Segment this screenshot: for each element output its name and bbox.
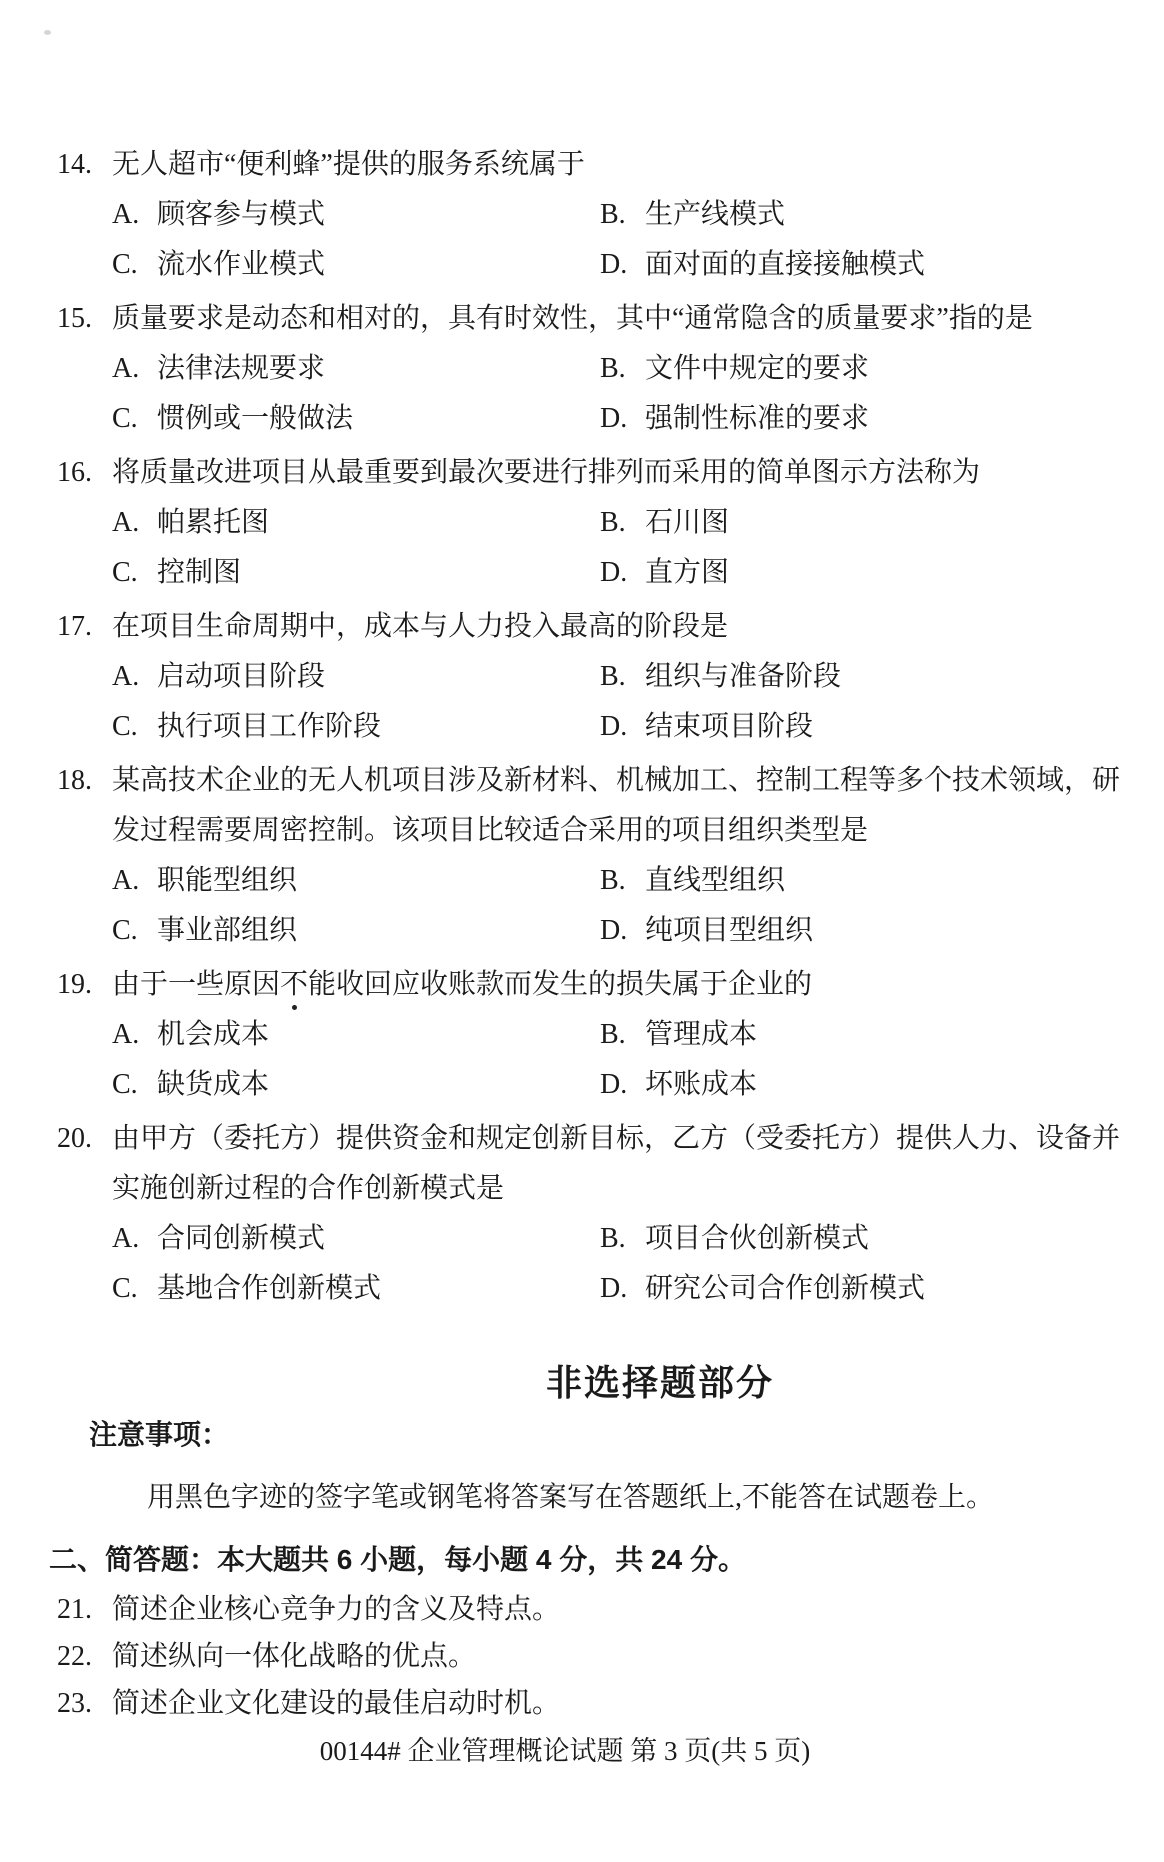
question-line: 15. 质量要求是动态和相对的，具有时效性，其中“通常隐含的质量要求”指的是 bbox=[0, 294, 1164, 344]
question-16: 16. 将质量改进项目从最重要到最次要进行排列而采用的简单图示方法称为 A.帕累… bbox=[0, 448, 1164, 598]
option-label: B. bbox=[600, 498, 645, 548]
option-label: A. bbox=[112, 856, 157, 906]
options-grid: A.启动项目阶段 B.组织与准备阶段 C.执行项目工作阶段 D.结束项目阶段 bbox=[112, 652, 1164, 752]
option-label: C. bbox=[112, 1264, 157, 1314]
options-grid: A.机会成本 B.管理成本 C.缺货成本 D.坏账成本 bbox=[112, 1010, 1164, 1110]
options-grid: A.帕累托图 B.石川图 C.控制图 D.直方图 bbox=[112, 498, 1164, 598]
option-label: A. bbox=[112, 190, 157, 240]
option-text: 研究公司合作创新模式 bbox=[645, 1264, 925, 1314]
option-b: B.石川图 bbox=[600, 498, 1164, 548]
option-d: D.纯项目型组织 bbox=[600, 906, 1164, 956]
option-text: 生产线模式 bbox=[645, 190, 785, 240]
option-text: 启动项目阶段 bbox=[157, 652, 325, 702]
option-d: D.结束项目阶段 bbox=[600, 702, 1164, 752]
question-line: 19. 由于一些原因不能收回应收账款而发生的损失属于企业的 bbox=[0, 960, 1164, 1010]
question-text: 由于一些原因不能收回应收账款而发生的损失属于企业的 bbox=[112, 960, 1164, 1010]
question-line-continuation: 发过程需要周密控制。该项目比较适合采用的项目组织类型是 bbox=[0, 806, 1164, 856]
exam-page-content: 14. 无人超市“便利蜂”提供的服务系统属于 A.顾客参与模式 B.生产线模式 … bbox=[0, 0, 1164, 1775]
option-label: D. bbox=[600, 1060, 645, 1110]
option-label: D. bbox=[600, 548, 645, 598]
question-number: 14. bbox=[57, 140, 112, 190]
option-a: A.顾客参与模式 bbox=[112, 190, 600, 240]
notice-label: 注意事项： bbox=[0, 1412, 1164, 1460]
option-label: B. bbox=[600, 856, 645, 906]
option-text: 面对面的直接接触模式 bbox=[645, 240, 925, 290]
option-text: 文件中规定的要求 bbox=[645, 344, 869, 394]
option-a: A.合同创新模式 bbox=[112, 1214, 600, 1264]
question-text: 简述企业文化建设的最佳启动时机。 bbox=[112, 1680, 560, 1727]
option-label: C. bbox=[112, 906, 157, 956]
option-b: B.管理成本 bbox=[600, 1010, 1164, 1060]
question-line: 16. 将质量改进项目从最重要到最次要进行排列而采用的简单图示方法称为 bbox=[0, 448, 1164, 498]
question-text: 将质量改进项目从最重要到最次要进行排列而采用的简单图示方法称为 bbox=[112, 448, 1164, 498]
question-number: 16. bbox=[57, 448, 112, 498]
option-label: C. bbox=[112, 702, 157, 752]
question-text: 某高技术企业的无人机项目涉及新材料、机械加工、控制工程等多个技术领域，研 bbox=[112, 756, 1164, 806]
option-c: C.缺货成本 bbox=[112, 1060, 600, 1110]
emphasis-dot bbox=[292, 1005, 297, 1010]
option-label: C. bbox=[112, 548, 157, 598]
question-19: 19. 由于一些原因不能收回应收账款而发生的损失属于企业的 A.机会成本 B.管… bbox=[0, 960, 1164, 1110]
option-text: 管理成本 bbox=[645, 1010, 757, 1060]
page-footer: 00144# 企业管理概论试题 第 3 页(共 5 页) bbox=[0, 1727, 1147, 1775]
option-label: A. bbox=[112, 1214, 157, 1264]
option-text: 机会成本 bbox=[157, 1010, 269, 1060]
short-answer-item-22: 22. 简述纵向一体化战略的优点。 bbox=[0, 1633, 1164, 1680]
option-label: D. bbox=[600, 1264, 645, 1314]
question-text: 简述企业核心竞争力的含义及特点。 bbox=[112, 1586, 560, 1633]
option-label: D. bbox=[600, 702, 645, 752]
question-17: 17. 在项目生命周期中，成本与人力投入最高的阶段是 A.启动项目阶段 B.组织… bbox=[0, 602, 1164, 752]
option-c: C.惯例或一般做法 bbox=[112, 394, 600, 444]
option-a: A.机会成本 bbox=[112, 1010, 600, 1060]
option-text: 组织与准备阶段 bbox=[645, 652, 841, 702]
option-b: B.组织与准备阶段 bbox=[600, 652, 1164, 702]
option-d: D.直方图 bbox=[600, 548, 1164, 598]
option-text: 直方图 bbox=[645, 548, 729, 598]
option-label: C. bbox=[112, 1060, 157, 1110]
question-number: 15. bbox=[57, 294, 112, 344]
question-15: 15. 质量要求是动态和相对的，具有时效性，其中“通常隐含的质量要求”指的是 A… bbox=[0, 294, 1164, 444]
short-answer-item-23: 23. 简述企业文化建设的最佳启动时机。 bbox=[0, 1680, 1164, 1727]
option-label: B. bbox=[600, 190, 645, 240]
option-d: D.强制性标准的要求 bbox=[600, 394, 1164, 444]
options-grid: A.职能型组织 B.直线型组织 C.事业部组织 D.纯项目型组织 bbox=[112, 856, 1164, 956]
option-label: B. bbox=[600, 1010, 645, 1060]
question-number-spacer bbox=[57, 806, 112, 856]
question-text: 实施创新过程的合作创新模式是 bbox=[112, 1164, 1164, 1214]
question-text: 发过程需要周密控制。该项目比较适合采用的项目组织类型是 bbox=[112, 806, 1164, 856]
part2-header: 二、简答题：本大题共 6 小题，每小题 4 分，共 24 分。 bbox=[0, 1536, 1164, 1584]
question-number: 20. bbox=[57, 1114, 112, 1164]
question-number: 23. bbox=[57, 1680, 112, 1727]
option-text: 帕累托图 bbox=[157, 498, 269, 548]
option-label: D. bbox=[600, 240, 645, 290]
option-text: 控制图 bbox=[157, 548, 241, 598]
option-label: C. bbox=[112, 394, 157, 444]
option-label: A. bbox=[112, 344, 157, 394]
option-label: A. bbox=[112, 1010, 157, 1060]
option-text: 纯项目型组织 bbox=[645, 906, 813, 956]
question-text: 无人超市“便利蜂”提供的服务系统属于 bbox=[112, 140, 1164, 190]
option-text: 坏账成本 bbox=[645, 1060, 757, 1110]
option-label: A. bbox=[112, 498, 157, 548]
option-text: 法律法规要求 bbox=[157, 344, 325, 394]
notice-text: 用黑色字迹的签字笔或钢笔将答案写在答题纸上,不能答在试题卷上。 bbox=[0, 1474, 1164, 1522]
options-grid: A.合同创新模式 B.项目合伙创新模式 C.基地合作创新模式 D.研究公司合作创… bbox=[112, 1214, 1164, 1314]
option-text: 惯例或一般做法 bbox=[157, 394, 353, 444]
question-line: 17. 在项目生命周期中，成本与人力投入最高的阶段是 bbox=[0, 602, 1164, 652]
option-a: A.启动项目阶段 bbox=[112, 652, 600, 702]
option-b: B.项目合伙创新模式 bbox=[600, 1214, 1164, 1264]
option-d: D.坏账成本 bbox=[600, 1060, 1164, 1110]
option-a: A.帕累托图 bbox=[112, 498, 600, 548]
question-number: 17. bbox=[57, 602, 112, 652]
option-text: 合同创新模式 bbox=[157, 1214, 325, 1264]
question-line: 20. 由甲方（委托方）提供资金和规定创新目标，乙方（受委托方）提供人力、设备并 bbox=[0, 1114, 1164, 1164]
option-c: C.事业部组织 bbox=[112, 906, 600, 956]
option-label: D. bbox=[600, 906, 645, 956]
option-text: 强制性标准的要求 bbox=[645, 394, 869, 444]
option-label: B. bbox=[600, 344, 645, 394]
question-14: 14. 无人超市“便利蜂”提供的服务系统属于 A.顾客参与模式 B.生产线模式 … bbox=[0, 140, 1164, 290]
options-grid: A.法律法规要求 B.文件中规定的要求 C.惯例或一般做法 D.强制性标准的要求 bbox=[112, 344, 1164, 444]
options-grid: A.顾客参与模式 B.生产线模式 C.流水作业模式 D.面对面的直接接触模式 bbox=[112, 190, 1164, 290]
question-18: 18. 某高技术企业的无人机项目涉及新材料、机械加工、控制工程等多个技术领域，研… bbox=[0, 756, 1164, 956]
short-answer-item-21: 21. 简述企业核心竞争力的含义及特点。 bbox=[0, 1586, 1164, 1633]
option-text: 石川图 bbox=[645, 498, 729, 548]
option-a: A.法律法规要求 bbox=[112, 344, 600, 394]
question-number: 19. bbox=[57, 960, 112, 1010]
option-text: 缺货成本 bbox=[157, 1060, 269, 1110]
option-c: C.流水作业模式 bbox=[112, 240, 600, 290]
option-text: 直线型组织 bbox=[645, 856, 785, 906]
scan-speck bbox=[44, 30, 51, 35]
option-text: 顾客参与模式 bbox=[157, 190, 325, 240]
option-d: D.面对面的直接接触模式 bbox=[600, 240, 1164, 290]
question-text: 简述纵向一体化战略的优点。 bbox=[112, 1633, 476, 1680]
option-text: 职能型组织 bbox=[157, 856, 297, 906]
question-text: 在项目生命周期中，成本与人力投入最高的阶段是 bbox=[112, 602, 1164, 652]
option-text: 流水作业模式 bbox=[157, 240, 325, 290]
option-text: 项目合伙创新模式 bbox=[645, 1214, 869, 1264]
option-b: B.文件中规定的要求 bbox=[600, 344, 1164, 394]
option-c: C.执行项目工作阶段 bbox=[112, 702, 600, 752]
option-label: B. bbox=[600, 652, 645, 702]
option-b: B.生产线模式 bbox=[600, 190, 1164, 240]
option-text: 执行项目工作阶段 bbox=[157, 702, 381, 752]
question-number-spacer bbox=[57, 1164, 112, 1214]
option-text: 结束项目阶段 bbox=[645, 702, 813, 752]
option-text: 基地合作创新模式 bbox=[157, 1264, 381, 1314]
question-text: 质量要求是动态和相对的，具有时效性，其中“通常隐含的质量要求”指的是 bbox=[112, 294, 1164, 344]
page: { "colors": { "ink": "#1a1a1a", "paper":… bbox=[0, 0, 1164, 1862]
option-c: C.基地合作创新模式 bbox=[112, 1264, 600, 1314]
option-label: B. bbox=[600, 1214, 645, 1264]
question-number: 22. bbox=[57, 1633, 112, 1680]
option-d: D.研究公司合作创新模式 bbox=[600, 1264, 1164, 1314]
question-20: 20. 由甲方（委托方）提供资金和规定创新目标，乙方（受委托方）提供人力、设备并… bbox=[0, 1114, 1164, 1314]
option-text: 事业部组织 bbox=[157, 906, 297, 956]
question-text: 由甲方（委托方）提供资金和规定创新目标，乙方（受委托方）提供人力、设备并 bbox=[112, 1114, 1164, 1164]
question-line: 14. 无人超市“便利蜂”提供的服务系统属于 bbox=[0, 140, 1164, 190]
section-title: 非选择题部分 bbox=[78, 1358, 1164, 1408]
option-a: A.职能型组织 bbox=[112, 856, 600, 906]
option-label: A. bbox=[112, 652, 157, 702]
question-number: 18. bbox=[57, 756, 112, 806]
option-b: B.直线型组织 bbox=[600, 856, 1164, 906]
question-line: 18. 某高技术企业的无人机项目涉及新材料、机械加工、控制工程等多个技术领域，研 bbox=[0, 756, 1164, 806]
option-label: D. bbox=[600, 394, 645, 444]
question-line-continuation: 实施创新过程的合作创新模式是 bbox=[0, 1164, 1164, 1214]
question-number: 21. bbox=[57, 1586, 112, 1633]
option-label: C. bbox=[112, 240, 157, 290]
option-c: C.控制图 bbox=[112, 548, 600, 598]
